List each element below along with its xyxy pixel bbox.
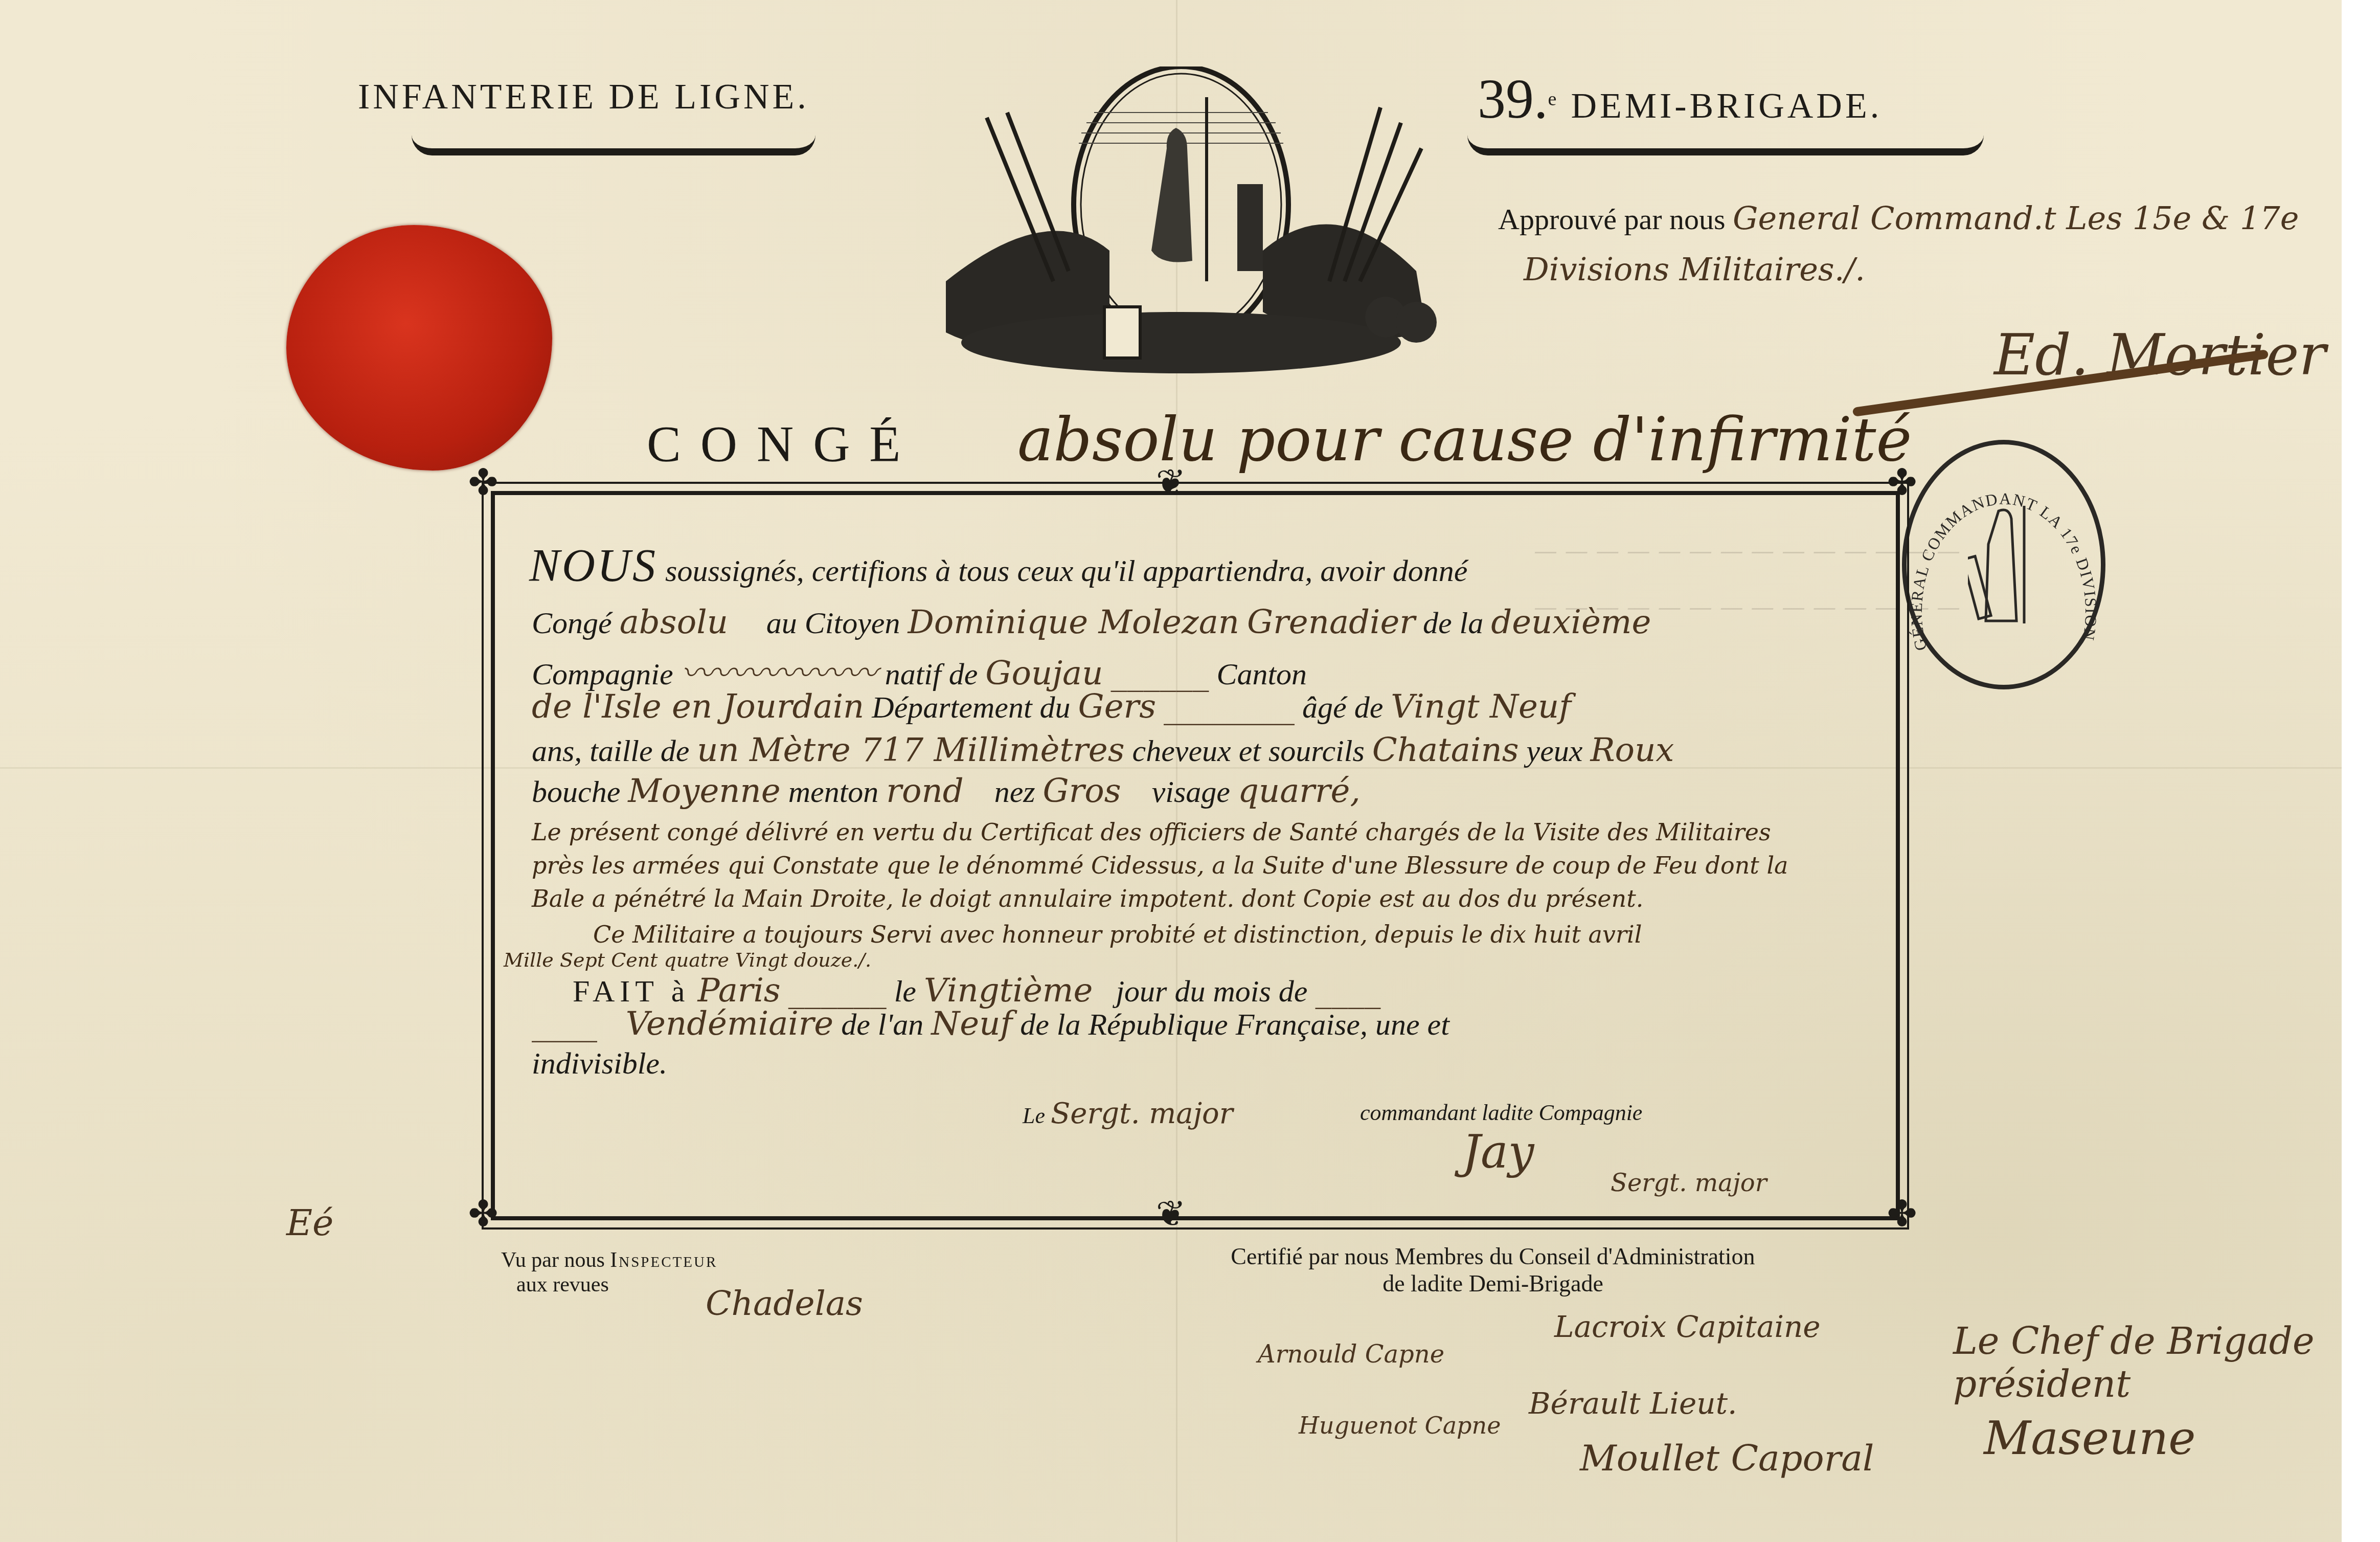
label-aux-revues: aux revues xyxy=(501,1272,717,1297)
label-republique: de la République Française, une et xyxy=(1020,1008,1449,1041)
approval-line: Approuvé par nous General Command.t Les … xyxy=(1498,199,2299,237)
field-conge-type: absolu xyxy=(620,604,728,641)
field-menton: rond xyxy=(886,772,963,810)
inspecteur-block: Vu par nous Inspecteur aux revues xyxy=(501,1248,717,1297)
label-departement: Département du xyxy=(872,690,1070,724)
certification-text: soussignés, certifions à tous ceux qu'il… xyxy=(665,554,1467,588)
label-demi-brigade: de ladite Demi-Brigade xyxy=(1130,1270,1856,1297)
label-bouche: bouche xyxy=(532,775,620,809)
blank-squiggle: 〰〰〰〰〰〰 xyxy=(681,655,877,692)
label-citoyen: au Citoyen xyxy=(766,606,900,640)
field-taille: un Mètre 717 Millimètres xyxy=(697,731,1124,769)
general-commandant-stamp: GÉNÉRAL COMMANDANT LA 17e DIVISION MILIT… xyxy=(1902,440,2105,689)
sergeant-line: Le Sergt. major xyxy=(1023,1097,1233,1130)
signature-council: Huguenot Capne xyxy=(1299,1412,1501,1439)
corner-ornament-icon: ✤ xyxy=(1887,1199,1917,1230)
label-canton: Canton xyxy=(1216,657,1307,691)
label-visage: visage xyxy=(1152,775,1230,809)
header-left-title: INFANTERIE DE LIGNE. xyxy=(358,77,809,118)
field-natif: Goujau xyxy=(985,655,1103,692)
approval-printed-label: Approuvé par nous xyxy=(1498,203,1726,236)
field-jour: Vingtième xyxy=(924,972,1093,1010)
field-age: Vingt Neuf xyxy=(1391,688,1571,726)
manuscript-line: près les armées qui Constate que le déno… xyxy=(532,852,1788,879)
signature-council: Arnould Capne xyxy=(1258,1340,1444,1369)
liberty-figure-icon xyxy=(1968,501,2039,629)
liberty-vignette-engraving xyxy=(869,66,1493,384)
manuscript-line: Le présent congé délivré en vertu du Cer… xyxy=(532,818,1771,846)
header-right-title: 39.eDEMI-BRIGADE. xyxy=(1478,66,1882,131)
manuscript-line: Ce Militaire a toujours Servi avec honne… xyxy=(593,921,1642,948)
manuscript-line: Bale a pénétré la Main Droite, le doigt … xyxy=(532,885,1643,912)
scan-margin xyxy=(2342,0,2380,1542)
label-conge: Congé xyxy=(532,606,612,640)
signature-jay: Jay xyxy=(1462,1125,1534,1179)
label-indivisible: indivisible. xyxy=(532,1046,667,1081)
signature-mortier: Ed. Mortier xyxy=(1994,322,2326,388)
body-line-departement: de l'Isle en Jourdain Département du Ger… xyxy=(532,688,1571,726)
conge-printed-title: CONGÉ xyxy=(647,414,920,473)
body-line-citoyen: Congé absolu au Citoyen Dominique Moleza… xyxy=(532,604,1651,641)
field-compagnie: deuxième xyxy=(1491,604,1651,641)
blank-line: ______ xyxy=(788,972,887,1010)
signature-jay-title: Sergt. major xyxy=(1611,1169,1767,1197)
label-nez: nez xyxy=(994,775,1035,809)
corner-ornament-icon: ✤ xyxy=(1887,468,1917,499)
corner-ornament-icon: ✤ xyxy=(468,1199,498,1230)
label-commandant-compagnie: commandant ladite Compagnie xyxy=(1360,1100,1642,1126)
conge-handwritten-reason: absolu pour cause d'infirmité xyxy=(1017,404,1912,475)
body-line-fait: FAIT à Paris ______ le Vingtième jour du… xyxy=(573,972,1380,1010)
label-de-la: de la xyxy=(1423,606,1483,640)
blank-line: ________ xyxy=(1164,688,1295,726)
field-cheveux: Chatains xyxy=(1372,731,1519,769)
signature-chef: Maseune xyxy=(1984,1412,2195,1465)
field-nez: Gros xyxy=(1043,772,1121,810)
top-center-ornament-icon: ❦ xyxy=(1155,468,1186,499)
label-le: le xyxy=(894,974,916,1008)
label-natif: natif de xyxy=(885,657,978,691)
nous-lead: NOUS xyxy=(529,541,658,591)
bottom-center-ornament-icon: ❦ xyxy=(1155,1199,1186,1230)
corner-ornament-icon: ✤ xyxy=(468,468,498,499)
field-departement: Gers xyxy=(1078,688,1156,726)
signature-chadelas: Chadelas xyxy=(706,1284,863,1323)
body-line-visage: bouche Moyenne menton rond nez Gros visa… xyxy=(532,772,1361,810)
label-fait: FAIT à xyxy=(573,974,690,1008)
label-menton: menton xyxy=(788,775,879,809)
header-left-brace xyxy=(412,133,815,155)
body-line-taille: ans, taille de un Mètre 717 Millimètres … xyxy=(532,731,1674,769)
field-citoyen-name: Dominique Molezan xyxy=(908,604,1239,641)
label-yeux: yeux xyxy=(1527,734,1583,768)
blank-line: ______ xyxy=(1110,655,1209,692)
label-taille: ans, taille de xyxy=(532,734,689,768)
label-compagnie: Compagnie xyxy=(532,657,673,691)
body-line-date: ____ Vendémiaire de l'an Neuf de la Répu… xyxy=(532,1005,1449,1043)
label-jour-mois: jour du mois de xyxy=(1116,974,1307,1008)
signature-left-margin: Eé xyxy=(286,1202,334,1244)
approval-handwritten-title: General Command.t Les 15e & 17e xyxy=(1733,199,2299,237)
blank-line: ____ xyxy=(532,1005,618,1043)
label-inspecteur: Inspecteur xyxy=(610,1248,717,1272)
blank-line: ____ xyxy=(1315,972,1380,1010)
field-an: Neuf xyxy=(931,1005,1012,1043)
label-vu-par-nous: Vu par nous xyxy=(501,1248,605,1272)
field-bouche: Moyenne xyxy=(628,772,780,810)
signature-council: Lacroix Capitaine xyxy=(1554,1309,1821,1344)
label-age: âgé de xyxy=(1302,690,1383,724)
field-lieu: Paris xyxy=(697,972,780,1010)
signature-council: Bérault Lieut. xyxy=(1529,1386,1737,1421)
field-canton: de l'Isle en Jourdain xyxy=(532,688,864,726)
label-chef-president: Le Chef de Brigade président xyxy=(1953,1320,2380,1405)
label-certifie: Certifié par nous Membres du Conseil d'A… xyxy=(1130,1243,1856,1270)
label-cheveux: cheveux et sourcils xyxy=(1132,734,1365,768)
field-rank: Grenadier xyxy=(1247,604,1415,641)
signature-council: Moullet Caporal xyxy=(1580,1437,1874,1479)
field-visage: quarré, xyxy=(1238,772,1361,810)
conseil-block: Certifié par nous Membres du Conseil d'A… xyxy=(1130,1243,1856,1297)
field-sergent-title: Sergt. major xyxy=(1051,1097,1233,1130)
label-le: Le xyxy=(1023,1103,1045,1128)
field-mois: Vendémiaire xyxy=(626,1005,834,1043)
manuscript-line: Mille Sept Cent quatre Vingt douze./. xyxy=(504,949,871,971)
body-line-natif: Compagnie 〰〰〰〰〰〰 natif de Goujau ______ … xyxy=(532,647,1307,694)
body-line-certification: NOUS soussignés, certifions à tous ceux … xyxy=(529,540,1467,592)
header-right-brace xyxy=(1467,133,1984,155)
demi-brigade-label: DEMI-BRIGADE. xyxy=(1571,86,1882,126)
field-yeux: Roux xyxy=(1590,731,1674,769)
approval-handwritten-division: Divisions Militaires./. xyxy=(1524,251,1865,288)
label-an: de l'an xyxy=(841,1008,923,1041)
ordinal-superscript: e xyxy=(1548,88,1560,110)
